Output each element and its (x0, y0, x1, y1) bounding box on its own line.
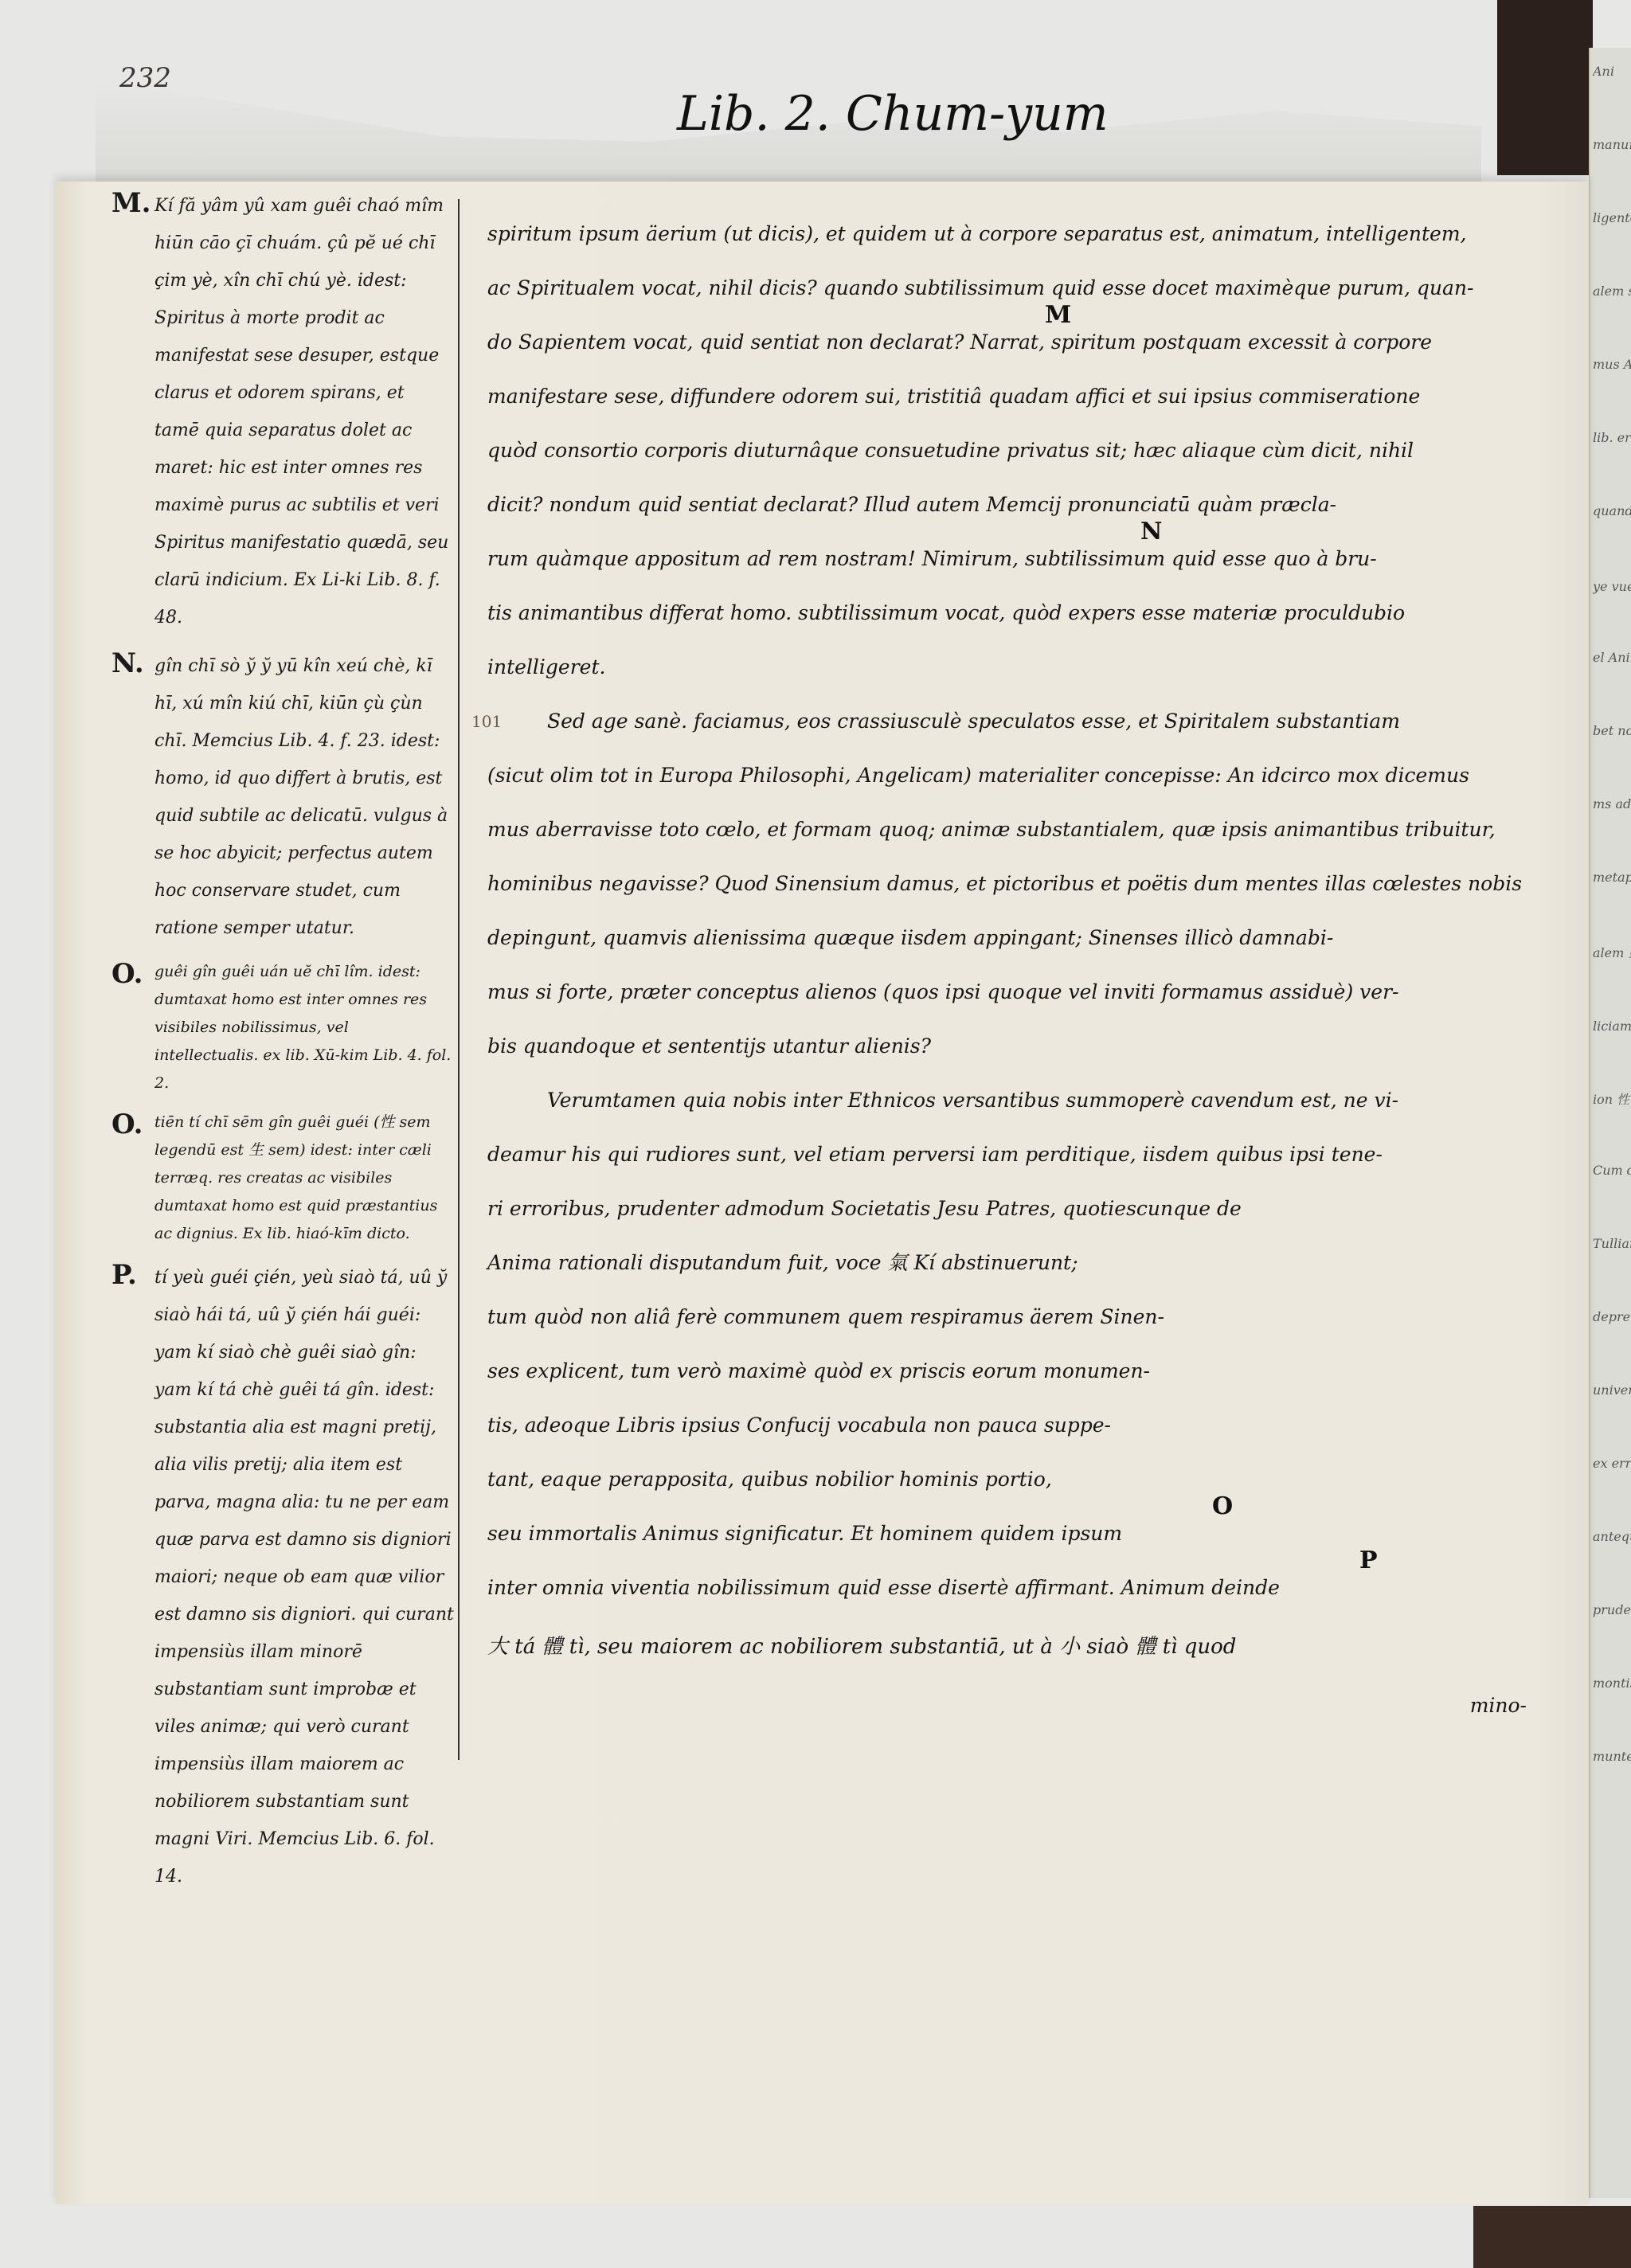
text-line-content: rum quàmque appositum ad rem nostram! Ni… (487, 547, 1377, 570)
text-line: N rum quàmque appositum ad rem nostram! … (487, 532, 1559, 586)
text-line: 101 Sed age sanè. faciamus, eos crassius… (487, 694, 1559, 749)
book-binding-bottom (1473, 2206, 1631, 2268)
facing-fragment: Ani (1593, 64, 1631, 137)
margin-note-p: P. tí yeù guéi çién, yeù siaò tá, uû y̆ … (111, 1259, 454, 1895)
note-text: gîn chī sò y̆ y̆ yū kîn xeú chè, kī hī, … (154, 647, 454, 947)
text-line: ri erroribus, prudenter admodum Societat… (487, 1182, 1559, 1236)
margin-note-o1: O. guêi gîn guêi uán uĕ chī lîm. idest: … (111, 958, 454, 1097)
text-line: tis animantibus differat homo. subtiliss… (487, 586, 1559, 640)
text-line: M do Sapientem vocat, quid sentiat non d… (487, 315, 1559, 370)
facing-fragment: muntes (1593, 1749, 1631, 1822)
note-key: O. (111, 1109, 143, 1140)
text-line: Anima rationali disputandum fuit, voce 氣… (487, 1236, 1559, 1290)
margin-note-n: N. gîn chī sò y̆ y̆ yū kîn xeú chè, kī h… (111, 647, 454, 947)
text-line: (sicut olim tot in Europa Philosophi, An… (487, 749, 1559, 803)
text-line: P inter omnia viventia nobilissimum quid… (487, 1561, 1559, 1615)
note-key: N. (111, 647, 144, 679)
text-line-content: Sed age sanè. faciamus, eos crassiusculè… (547, 710, 1400, 733)
text-line: spiritum ipsum äerium (ut dicis), et qui… (487, 207, 1559, 261)
facing-fragment: metaphoricè (1593, 870, 1631, 943)
inline-marker-m: M (1045, 288, 1071, 342)
catchword: mino- (487, 1679, 1559, 1733)
note-text: tí yeù guéi çién, yeù siaò tá, uû y̆ sia… (154, 1259, 454, 1895)
column-rule (458, 199, 460, 1760)
text-line: mus aberravisse toto cœlo, et formam quo… (487, 803, 1559, 857)
facing-fragment: ex errantes (1593, 1456, 1631, 1529)
facing-fragment: Tullianis (1593, 1236, 1631, 1309)
inline-marker-o: O (1212, 1480, 1233, 1534)
facing-fragment: ye vue 神 (1593, 577, 1631, 650)
facing-fragment: alem subtilis (1593, 283, 1631, 357)
note-key: P. (111, 1259, 137, 1291)
text-line-content: seu immortalis Animus significatur. Et h… (487, 1522, 1122, 1545)
text-line: intelligeret. (487, 640, 1559, 694)
facing-fragment: ion 性 (1593, 1089, 1631, 1163)
facing-fragment: ligentem (1593, 210, 1631, 283)
text-line: bis quandoque et sententijs utantur alie… (487, 1019, 1559, 1073)
margin-note-m: M. Kí fă yâm yû xam guêi chaó mîm hiūn c… (111, 187, 454, 636)
margin-note-o2: O. tiēn tí chī sēm gîn guêi guéi (性 sem … (111, 1109, 454, 1248)
facing-fragment: el Animum (1593, 650, 1631, 723)
note-key: O. (111, 958, 143, 990)
facing-fragment: mus Anima (1593, 357, 1631, 430)
facing-fragment: quandam (1593, 503, 1631, 577)
note-key: M. (111, 187, 151, 219)
facing-fragment: universorum (1593, 1382, 1631, 1456)
facing-fragment: manum subt (1593, 137, 1631, 210)
text-line: tant, eaque perapposita, quibus nobilior… (487, 1453, 1559, 1507)
text-line: depingunt, quamvis alienissima quæque ii… (487, 911, 1559, 965)
inline-marker-p: P (1359, 1534, 1378, 1588)
text-line: tum quòd non aliâ ferè communem quem res… (487, 1290, 1559, 1344)
facing-fragment: deprehens (1593, 1309, 1631, 1382)
folio-number: 232 (119, 62, 171, 94)
inline-marker-n: N (1140, 505, 1162, 559)
note-text: guêi gîn guêi uán uĕ chī lîm. idest: dum… (154, 958, 454, 1097)
facing-fragment: alem 靈 (1593, 943, 1631, 1016)
facing-fragment: ms ad rationem (1593, 796, 1631, 870)
note-text: tiēn tí chī sēm gîn guêi guéi (性 sem leg… (154, 1109, 454, 1248)
text-line: ac Spiritualem vocat, nihil dicis? quand… (487, 261, 1559, 315)
facing-fragment: Cum docu (1593, 1163, 1631, 1236)
facing-fragment: liciam 覺 (1593, 1016, 1631, 1089)
text-line: dicit? nondum quid sentiat declarat? Ill… (487, 478, 1559, 532)
paragraph-number: 101 (471, 694, 502, 749)
text-line: deamur his qui rudiores sunt, vel etiam … (487, 1128, 1559, 1182)
note-text: Kí fă yâm yû xam guêi chaó mîm hiūn cāo … (154, 187, 454, 636)
text-line: O seu immortalis Animus significatur. Et… (487, 1507, 1559, 1561)
text-line: quòd consortio corporis diuturnâque cons… (487, 424, 1559, 478)
margin-notes: M. Kí fă yâm yû xam guêi chaó mîm hiūn c… (111, 187, 454, 1906)
text-line: manifestare sese, diffundere odorem sui,… (487, 370, 1559, 424)
text-line-content: inter omnia viventia nobilissimum quid e… (487, 1576, 1280, 1599)
facing-fragment: bet nobilis (1593, 723, 1631, 796)
running-head: Lib. 2. Chum-yum (677, 86, 1109, 142)
facing-fragment: montis (1593, 1676, 1631, 1749)
facing-page-text: Ani manum subt ligentem alem subtilis mu… (1593, 64, 1631, 1822)
facing-fragment: anteque (1593, 1529, 1631, 1602)
facing-fragment: lib. errant (1593, 430, 1631, 503)
text-line: tis, adeoque Libris ipsius Confucij voca… (487, 1398, 1559, 1453)
text-line: mus si forte, præter conceptus alienos (… (487, 965, 1559, 1019)
text-line: hominibus negavisse? Quod Sinensium damu… (487, 857, 1559, 911)
facing-fragment: prudentē (1593, 1602, 1631, 1676)
text-line: Verumtamen quia nobis inter Ethnicos ver… (487, 1073, 1559, 1128)
text-line-with-hanzi: 大 tá 體 tì, seu maiorem ac nobiliorem sub… (487, 1615, 1559, 1679)
text-line: ses explicent, tum verò maximè quòd ex p… (487, 1344, 1559, 1398)
text-line-content: do Sapientem vocat, quid sentiat non dec… (487, 330, 1432, 354)
book-binding-top (1497, 0, 1593, 175)
main-text-column: spiritum ipsum äerium (ut dicis), et qui… (487, 207, 1559, 1733)
